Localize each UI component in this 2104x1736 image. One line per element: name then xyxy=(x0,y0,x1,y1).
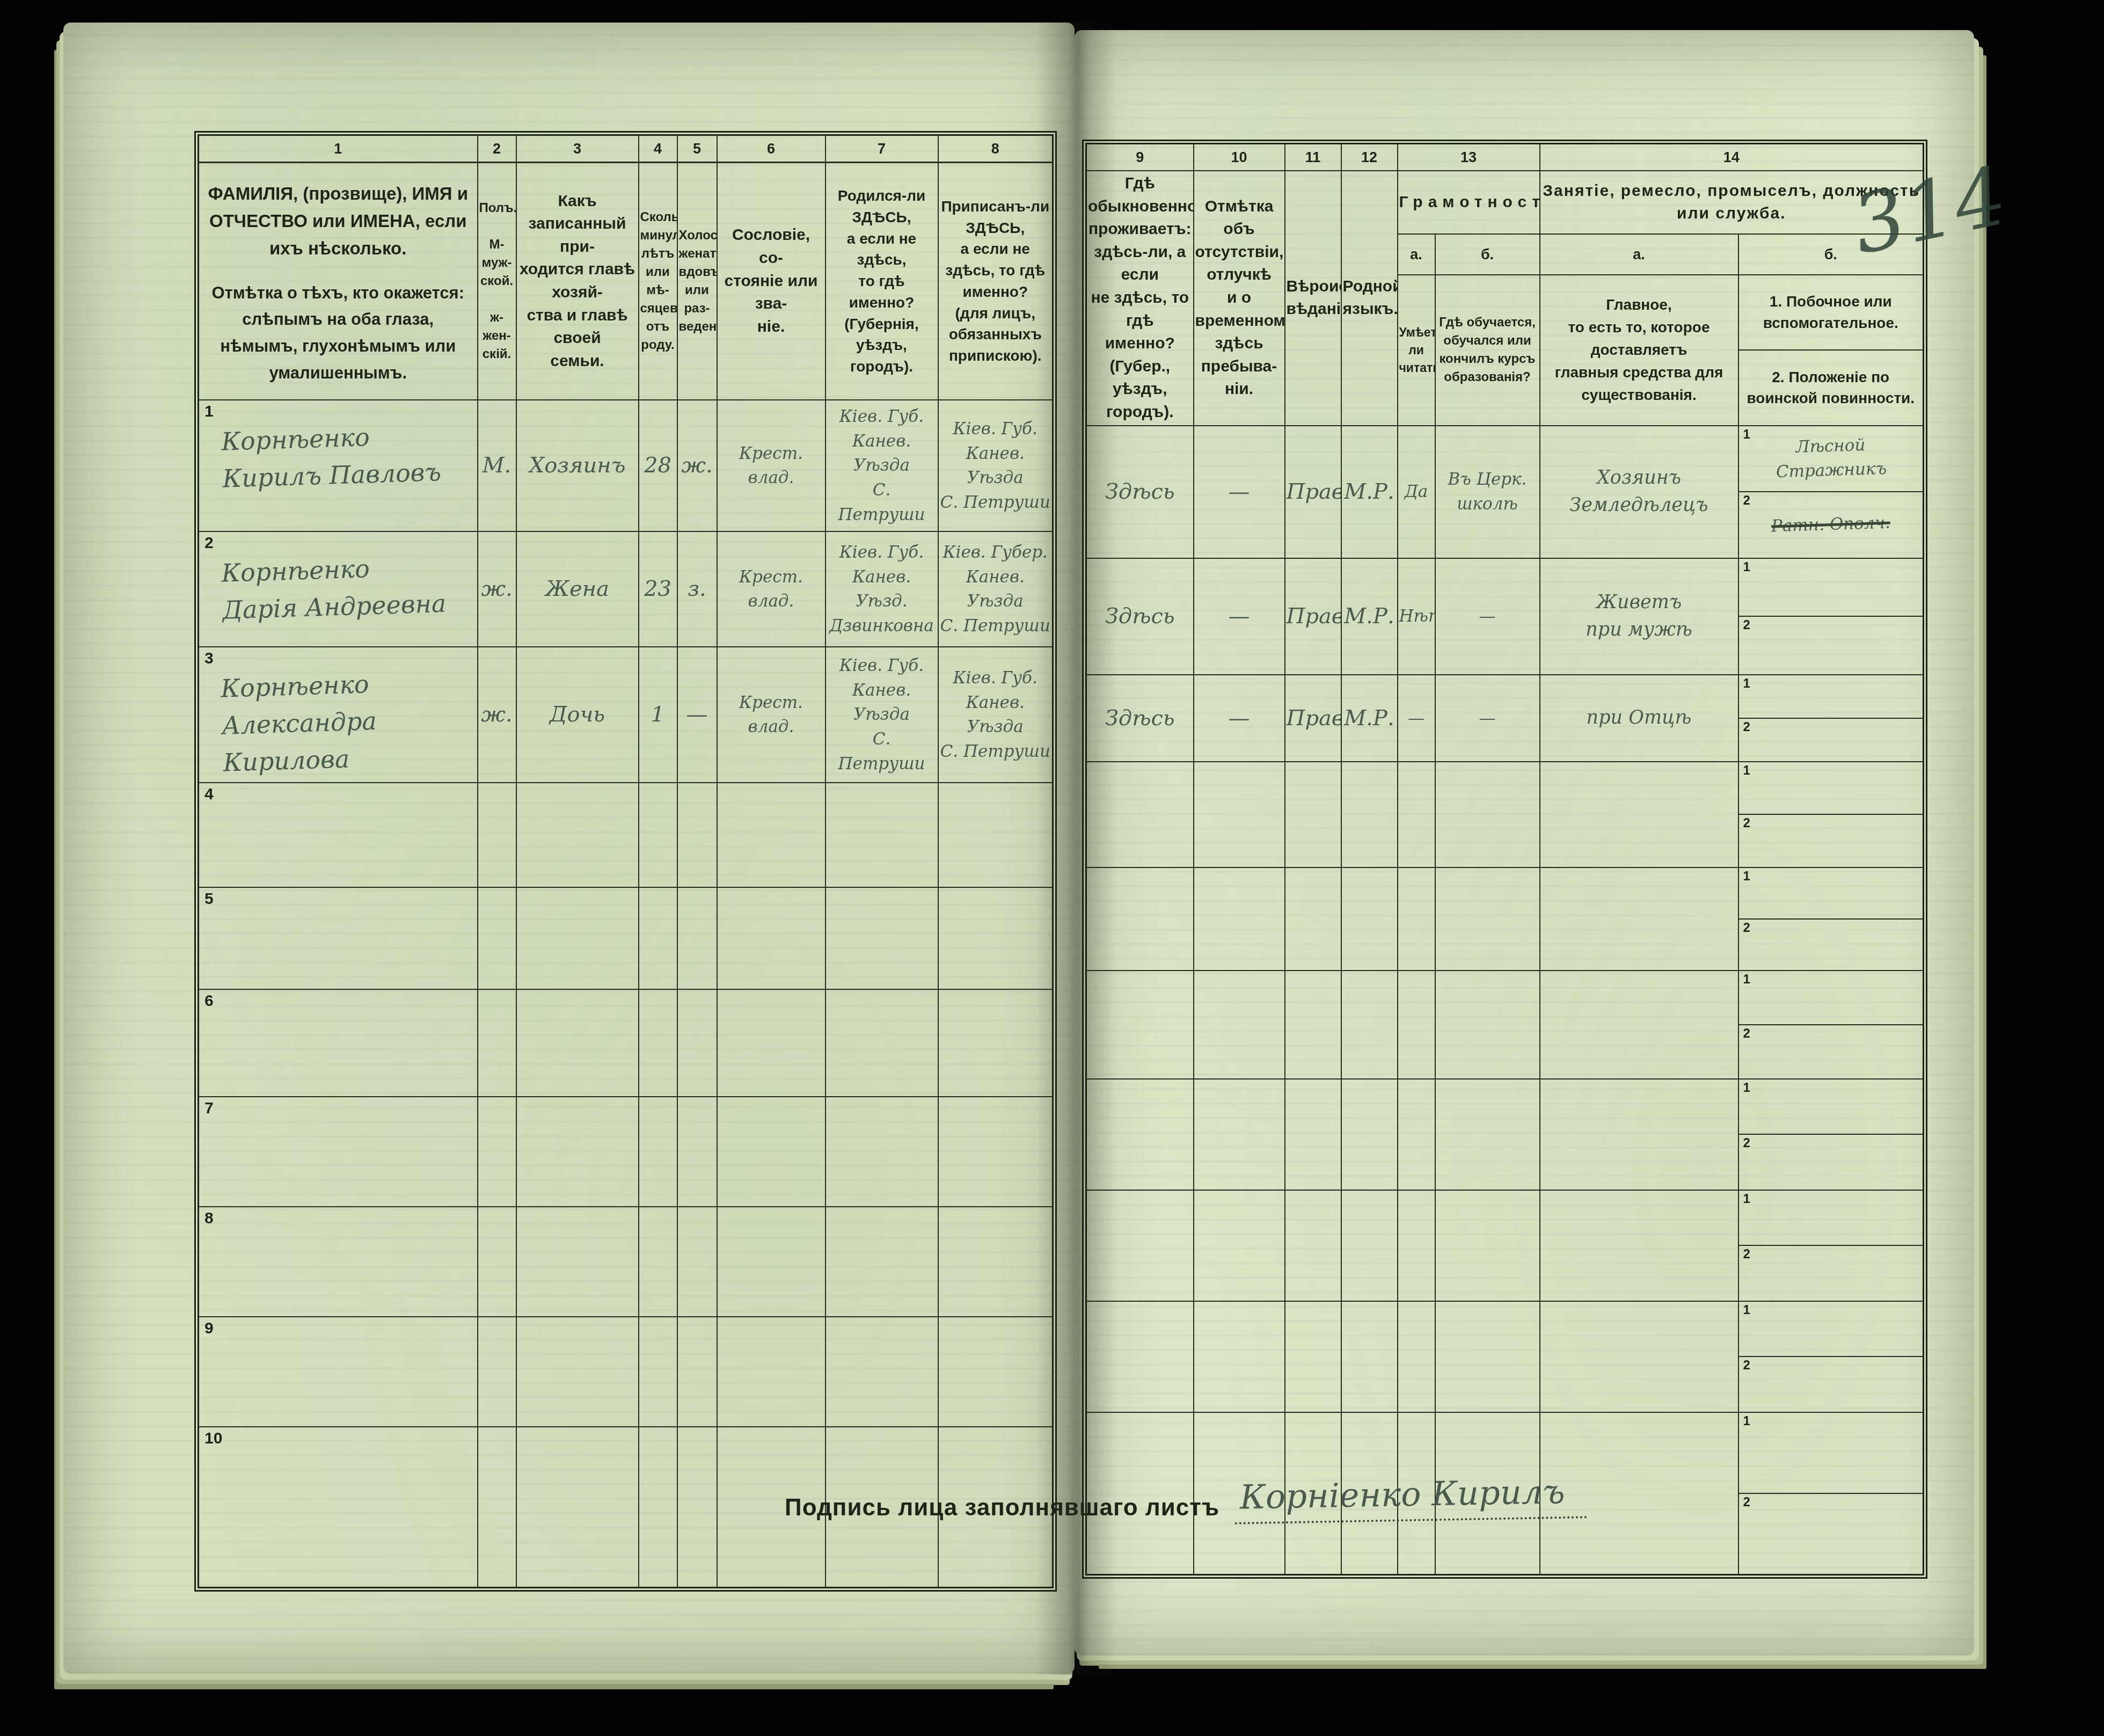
cell-occupation-main xyxy=(1540,1301,1738,1412)
col12-number: 12 xyxy=(1341,144,1398,171)
col3-number: 3 xyxy=(516,135,639,163)
subrow-2-number: 2 xyxy=(1743,618,1750,633)
name-handwriting xyxy=(200,783,476,810)
name-handwriting xyxy=(200,989,476,1017)
cell-literacy-read: Да xyxy=(1398,426,1435,558)
col9-header: Гдѣ обыкновенно проживаетъ: здѣсь-ли, а … xyxy=(1086,171,1194,426)
cell-estate: Крест. влад. xyxy=(717,400,825,531)
subrow-1-number: 1 xyxy=(1743,1303,1750,1318)
col10-number: 10 xyxy=(1194,144,1285,171)
table-row: 1 2 xyxy=(1086,867,1924,971)
cell-language: М.Р. xyxy=(1341,558,1398,675)
cell-religion xyxy=(1285,1079,1341,1190)
cell-birthplace xyxy=(825,989,938,1097)
cell-registered xyxy=(938,1097,1053,1207)
cell-residence: Здѣсь xyxy=(1086,675,1194,762)
col13-band: Грамотность. xyxy=(1398,171,1540,234)
cell-age xyxy=(639,1427,677,1588)
cell-language xyxy=(1341,1190,1398,1301)
cell-name: 5 xyxy=(199,887,478,989)
col13-number: 13 xyxy=(1398,144,1540,171)
cell-literacy-school xyxy=(1435,1301,1540,1412)
cell-marital xyxy=(677,783,717,887)
table-row: 2 Корнѣенко Дарія Андреевна ж. Жена 23 з… xyxy=(199,531,1053,647)
cell-age: 28 xyxy=(639,400,677,531)
cell-relation xyxy=(516,1317,639,1427)
cell-age: 1 xyxy=(639,647,677,783)
cell-literacy-read: Нѣтъ xyxy=(1398,558,1435,675)
cell-residence xyxy=(1086,971,1194,1079)
cell-religion xyxy=(1285,1301,1341,1412)
cell-literacy-read xyxy=(1398,1301,1435,1412)
cell-literacy-school xyxy=(1435,762,1540,867)
census-table-left: 1 2 3 4 5 6 7 8 ФАМИЛІЯ, (прозвище), ИМЯ… xyxy=(198,134,1054,1588)
col2-number: 2 xyxy=(478,135,516,163)
subrow-2-number: 2 xyxy=(1743,1247,1750,1262)
col1-title: ФАМИЛІЯ, (прозвище), ИМЯ и ОТЧЕСТВО или … xyxy=(204,180,472,262)
subrow-2-number: 2 xyxy=(1743,1026,1750,1041)
military-subcell: 2 xyxy=(1739,814,1923,867)
subrow-2-number: 2 xyxy=(1743,921,1750,936)
col13a-header: Умѣетъ- ли читать? xyxy=(1398,275,1435,426)
cell-registered xyxy=(938,989,1053,1097)
cell-absence xyxy=(1194,1190,1285,1301)
cell-registered xyxy=(938,887,1053,989)
cell-estate: Крест. влад. xyxy=(717,647,825,783)
cell-residence xyxy=(1086,1190,1194,1301)
military-subcell: 2 xyxy=(1739,1356,1923,1412)
left-header: 1 2 3 4 5 6 7 8 ФАМИЛІЯ, (прозвище), ИМЯ… xyxy=(199,135,1053,400)
cell-age xyxy=(639,989,677,1097)
cell-name: 2 Корнѣенко Дарія Андреевна xyxy=(199,531,478,647)
cell-sex: ж. xyxy=(478,531,516,647)
side-occupation-subcell: 1 xyxy=(1739,762,1923,814)
col8-number: 8 xyxy=(938,135,1053,163)
cell-literacy-school: Въ Церк. школѣ xyxy=(1435,426,1540,558)
cell-absence xyxy=(1194,1079,1285,1190)
cell-religion xyxy=(1285,762,1341,867)
cell-age: 23 xyxy=(639,531,677,647)
cell-literacy-read: — xyxy=(1398,675,1435,762)
table-row: 6 xyxy=(199,989,1053,1097)
cell-occupation-side: 1 2 xyxy=(1738,1079,1924,1190)
cell-name: 7 xyxy=(199,1097,478,1207)
cell-sex xyxy=(478,1097,516,1207)
left-body: 1 Корнѣенко Кирилъ Павловъ М. Хозяинъ 28… xyxy=(199,400,1053,1588)
cell-absence: — xyxy=(1194,675,1285,762)
name-handwriting xyxy=(200,1427,476,1454)
cell-literacy-read xyxy=(1398,762,1435,867)
cell-occupation-side: 1 2 xyxy=(1738,1301,1924,1412)
cell-literacy-school xyxy=(1435,1079,1540,1190)
table-row: 5 xyxy=(199,887,1053,989)
cell-occupation-main: при Отцѣ xyxy=(1540,675,1738,762)
col3-header: Какъ записанный при- ходится главѣ хозяй… xyxy=(516,163,639,400)
cell-registered xyxy=(938,1207,1053,1317)
name-handwriting xyxy=(200,887,476,915)
cell-age xyxy=(639,1317,677,1427)
military-subcell: 2 xyxy=(1739,1024,1923,1078)
subrow-1-number: 1 xyxy=(1743,763,1750,778)
cell-occupation-main: Хозяинъ Земледѣлецъ xyxy=(1540,426,1738,558)
subrow-1-number: 1 xyxy=(1743,869,1750,884)
military-subcell: 2 xyxy=(1739,616,1923,674)
cell-relation xyxy=(516,887,639,989)
cell-sex xyxy=(478,1317,516,1427)
cell-birthplace xyxy=(825,783,938,887)
cell-age xyxy=(639,1207,677,1317)
cell-sex xyxy=(478,1207,516,1317)
cell-language xyxy=(1341,762,1398,867)
cell-religion xyxy=(1285,971,1341,1079)
military-subcell: 2 xyxy=(1739,918,1923,970)
subrow-1-number: 1 xyxy=(1743,1414,1750,1429)
cell-birthplace: Кіев. Губ. Канев. Уѣзд. Дзвинковна xyxy=(825,531,938,647)
cell-language xyxy=(1341,867,1398,971)
cell-name: 10 xyxy=(199,1427,478,1588)
col14b-header: 1. Побочное или вспомогательное. 2. Поло… xyxy=(1738,275,1924,426)
col1-number: 1 xyxy=(199,135,478,163)
cell-estate xyxy=(717,1207,825,1317)
cell-residence xyxy=(1086,762,1194,867)
cell-relation: Жена xyxy=(516,531,639,647)
cell-birthplace: Кіев. Губ. Канев. Уѣзда С. Петруши xyxy=(825,400,938,531)
cell-sex xyxy=(478,1427,516,1588)
cell-residence xyxy=(1086,867,1194,971)
cell-sex xyxy=(478,887,516,989)
table-row: 1 2 xyxy=(1086,971,1924,1079)
cell-literacy-school xyxy=(1435,971,1540,1079)
cell-name: 4 xyxy=(199,783,478,887)
right-body: Здѣсь — Прав. М.Р. Да Въ Церк. школѣ Хоз… xyxy=(1086,426,1924,1575)
table-row: 7 xyxy=(199,1097,1053,1207)
col12-header: Родной языкъ. xyxy=(1341,171,1398,426)
cell-marital xyxy=(677,1097,717,1207)
subrow-2-number: 2 xyxy=(1743,816,1750,831)
name-handwriting xyxy=(200,1097,476,1124)
name-handwriting xyxy=(200,1207,476,1234)
cell-language xyxy=(1341,1079,1398,1190)
cell-absence xyxy=(1194,1301,1285,1412)
name-handwriting: Корнѣенко Дарія Андреевна xyxy=(199,531,477,633)
military-subcell: 2 Ратн. Ополч. xyxy=(1739,491,1923,558)
cell-registered xyxy=(938,1317,1053,1427)
cell-sex: ж. xyxy=(478,647,516,783)
cell-absence xyxy=(1194,762,1285,867)
subrow-2-number: 2 xyxy=(1743,1136,1750,1151)
cell-absence xyxy=(1194,971,1285,1079)
col6-number: 6 xyxy=(717,135,825,163)
cell-residence: Здѣсь xyxy=(1086,426,1194,558)
cell-registered: Кіев. Губ. Канев. Уѣзда С. Петруши xyxy=(938,647,1053,783)
cell-relation xyxy=(516,989,639,1097)
table-row: Здѣсь — Прав. М.Р. Да Въ Церк. школѣ Хоз… xyxy=(1086,426,1924,558)
cell-estate: Крест. влад. xyxy=(717,531,825,647)
cell-birthplace xyxy=(825,1317,938,1427)
cell-occupation-side: 1 2 xyxy=(1738,1412,1924,1575)
col14-number: 14 xyxy=(1540,144,1924,171)
cell-estate xyxy=(717,989,825,1097)
cell-sex: М. xyxy=(478,400,516,531)
col8-header: Приписанъ-ли ЗДѢСЬ, а если не здѣсь, то … xyxy=(938,163,1053,400)
table-row: 1 2 xyxy=(1086,1190,1924,1301)
cell-absence: — xyxy=(1194,558,1285,675)
cell-literacy-school xyxy=(1435,1190,1540,1301)
cell-literacy-school: — xyxy=(1435,675,1540,762)
cell-relation xyxy=(516,1207,639,1317)
cell-birthplace xyxy=(825,1097,938,1207)
table-row: 1 Корнѣенко Кирилъ Павловъ М. Хозяинъ 28… xyxy=(199,400,1053,531)
right-header: 9 10 11 12 13 14 Гдѣ обыкновенно прожива… xyxy=(1086,144,1924,426)
col4-header: Сколько минуло лѣтъ или мѣ- сяцевъ отъ р… xyxy=(639,163,677,400)
cell-marital xyxy=(677,887,717,989)
cell-literacy-school: — xyxy=(1435,558,1540,675)
cell-estate xyxy=(717,1317,825,1427)
col2-header: Полъ. М-муж- ской. ж-жен- скій. xyxy=(478,163,516,400)
cell-residence xyxy=(1086,1301,1194,1412)
military-subcell: 2 xyxy=(1739,1493,1923,1574)
cell-religion: Прав. xyxy=(1285,558,1341,675)
name-handwriting xyxy=(200,1317,476,1344)
census-scan: 1 2 3 4 5 6 7 8 ФАМИЛІЯ, (прозвище), ИМЯ… xyxy=(0,0,2104,1736)
cell-registered: Кіев. Губ. Канев. Уѣзда С. Петруши xyxy=(938,400,1053,531)
cell-absence xyxy=(1194,867,1285,971)
cell-literacy-school xyxy=(1435,867,1540,971)
col7-number: 7 xyxy=(825,135,938,163)
col14b-sub2-header: 2. Положеніе по воинской повинности. xyxy=(1739,349,1923,425)
col1-header: ФАМИЛІЯ, (прозвище), ИМЯ и ОТЧЕСТВО или … xyxy=(199,163,478,400)
subrow-2-number: 2 xyxy=(1743,493,1750,508)
col11-header: Вѣроиспо- вѣданіе. xyxy=(1285,171,1341,426)
cell-occupation-side: 1 2 xyxy=(1738,971,1924,1079)
col13b-header: Гдѣ обучается, обучался или кончилъ курс… xyxy=(1435,275,1540,426)
cell-estate xyxy=(717,783,825,887)
cell-religion xyxy=(1285,1190,1341,1301)
cell-residence: Здѣсь xyxy=(1086,558,1194,675)
subrow-2-number: 2 xyxy=(1743,1358,1750,1373)
subrow-1-number: 1 xyxy=(1743,1081,1750,1096)
cell-age xyxy=(639,1097,677,1207)
table-row: 9 xyxy=(199,1317,1053,1427)
subrow-1-number: 1 xyxy=(1743,676,1750,691)
military-subcell: 2 xyxy=(1739,1134,1923,1190)
subrow-1-number: 1 xyxy=(1743,560,1750,575)
table-row: 4 xyxy=(199,783,1053,887)
table-row: 8 xyxy=(199,1207,1053,1317)
table-row: Здѣсь — Прав. М.Р. — — при Отцѣ 1 2 xyxy=(1086,675,1924,762)
subrow-2-number: 2 xyxy=(1743,1495,1750,1510)
cell-sex xyxy=(478,783,516,887)
subrow-1-number: 1 xyxy=(1743,972,1750,987)
col11-number: 11 xyxy=(1285,144,1341,171)
table-row: 1 2 xyxy=(1086,762,1924,867)
cell-age xyxy=(639,887,677,989)
col14b-sub1-header: 1. Побочное или вспомогательное. xyxy=(1739,275,1923,349)
side-occupation-subcell: 1 Лѣсной Стражникъ xyxy=(1739,426,1923,491)
cell-occupation-main xyxy=(1540,971,1738,1079)
col9-number: 9 xyxy=(1086,144,1194,171)
cell-relation xyxy=(516,1427,639,1588)
col14a-label: а. xyxy=(1540,234,1738,274)
cell-marital: — xyxy=(677,647,717,783)
cell-registered xyxy=(938,783,1053,887)
col7-header: Родился-ли ЗДѢСЬ, а если не здѣсь, то гд… xyxy=(825,163,938,400)
cell-relation: Хозяинъ xyxy=(516,400,639,531)
signature-handwriting: Корніенко Кирилъ xyxy=(1234,1469,1587,1524)
cell-occupation-side: 1 2 xyxy=(1738,675,1924,762)
cell-occupation-side: 1 2 xyxy=(1738,762,1924,867)
signature-block: Подпись лица заполнявшаго листъ Корніенк… xyxy=(785,1472,1587,1521)
cell-occupation-side: 1 2 xyxy=(1738,867,1924,971)
cell-marital: з. xyxy=(677,531,717,647)
cell-literacy-read xyxy=(1398,1079,1435,1190)
signature-label: Подпись лица заполнявшаго листъ xyxy=(785,1494,1219,1521)
side-occupation-subcell: 1 xyxy=(1739,1413,1923,1493)
cell-marital xyxy=(677,1317,717,1427)
cell-marital xyxy=(677,1207,717,1317)
cell-religion: Прав. xyxy=(1285,426,1341,558)
col10-header: Отмѣтка объ отсутствіи, отлучкѣ и о врем… xyxy=(1194,171,1285,426)
cell-birthplace: Кіев. Губ. Канев. Уѣзда С. Петруши xyxy=(825,647,938,783)
cell-name: 3 Корнѣенко Александра Кирилова xyxy=(199,647,478,783)
cell-sex xyxy=(478,989,516,1097)
cell-language: М.Р. xyxy=(1341,675,1398,762)
cell-name: 1 Корнѣенко Кирилъ Павловъ xyxy=(199,400,478,531)
military-subcell: 2 xyxy=(1739,718,1923,761)
cell-marital xyxy=(677,1427,717,1588)
side-occupation-subcell: 1 xyxy=(1739,868,1923,918)
cell-occupation-main xyxy=(1540,1079,1738,1190)
subrow-2-number: 2 xyxy=(1743,720,1750,735)
cell-occupation-side: 1 Лѣсной Стражникъ 2 Ратн. Ополч. xyxy=(1738,426,1924,558)
cell-estate xyxy=(717,1097,825,1207)
side-occupation-subcell: 1 xyxy=(1739,675,1923,718)
col13a-label: а. xyxy=(1398,234,1435,274)
col1-note: Отмѣтка о тѣхъ, кто окажется: слѣпымъ на… xyxy=(203,280,473,386)
census-table-right: 9 10 11 12 13 14 Гдѣ обыкновенно прожива… xyxy=(1085,143,1924,1575)
subrow-1-number: 1 xyxy=(1743,1192,1750,1207)
cell-registered: Кіев. Губер. Канев. Уѣзда С. Петруши xyxy=(938,531,1053,647)
table-row: Здѣсь — Прав. М.Р. Нѣтъ — Живетъ при муж… xyxy=(1086,558,1924,675)
cell-absence: — xyxy=(1194,426,1285,558)
col14a-header: Главное, то есть то, которое доставляетъ… xyxy=(1540,275,1738,426)
cell-language xyxy=(1341,971,1398,1079)
cell-religion: Прав. xyxy=(1285,675,1341,762)
side-occupation-subcell: 1 xyxy=(1739,559,1923,616)
cell-occupation-main xyxy=(1540,1190,1738,1301)
cell-occupation-side: 1 2 xyxy=(1738,558,1924,675)
cell-estate xyxy=(717,887,825,989)
side-occupation-subcell: 1 xyxy=(1739,1079,1923,1134)
side-occupation-subcell: 1 xyxy=(1739,1191,1923,1245)
cell-age xyxy=(639,783,677,887)
col4-number: 4 xyxy=(639,135,677,163)
side-occupation-subcell: 1 xyxy=(1739,971,1923,1024)
table-row: 3 Корнѣенко Александра Кирилова ж. Дочь … xyxy=(199,647,1053,783)
cell-language xyxy=(1341,1301,1398,1412)
cell-literacy-read xyxy=(1398,1190,1435,1301)
cell-birthplace xyxy=(825,887,938,989)
cell-residence xyxy=(1086,1079,1194,1190)
cell-marital: ж. xyxy=(677,400,717,531)
cell-occupation-main xyxy=(1540,867,1738,971)
cell-occupation-main xyxy=(1540,762,1738,867)
name-handwriting: Корнѣенко Александра Кирилова xyxy=(199,647,478,783)
cell-relation: Дочь xyxy=(516,647,639,783)
table-row: 1 2 xyxy=(1086,1301,1924,1412)
military-subcell: 2 xyxy=(1739,1245,1923,1301)
col5-header: Холостъ, женатъ, вдовъ или раз- веденъ. xyxy=(677,163,717,400)
table-row: 1 2 xyxy=(1086,1079,1924,1190)
col6-header: Сословіе, со- стояніе или зва- ніе. xyxy=(717,163,825,400)
cell-language: М.Р. xyxy=(1341,426,1398,558)
cell-occupation-side: 1 2 xyxy=(1738,1190,1924,1301)
cell-relation xyxy=(516,783,639,887)
cell-birthplace xyxy=(825,1207,938,1317)
cell-name: 8 xyxy=(199,1207,478,1317)
cell-name: 9 xyxy=(199,1317,478,1427)
col5-number: 5 xyxy=(677,135,717,163)
cell-marital xyxy=(677,989,717,1097)
cell-religion xyxy=(1285,867,1341,971)
cell-name: 6 xyxy=(199,989,478,1097)
cell-occupation-main: Живетъ при мужѣ xyxy=(1540,558,1738,675)
side-occupation-subcell: 1 xyxy=(1739,1302,1923,1356)
col13b-label: б. xyxy=(1435,234,1540,274)
cell-literacy-read xyxy=(1398,971,1435,1079)
cell-relation xyxy=(516,1097,639,1207)
cell-literacy-read xyxy=(1398,867,1435,971)
name-handwriting: Корнѣенко Кирилъ Павловъ xyxy=(199,400,477,501)
